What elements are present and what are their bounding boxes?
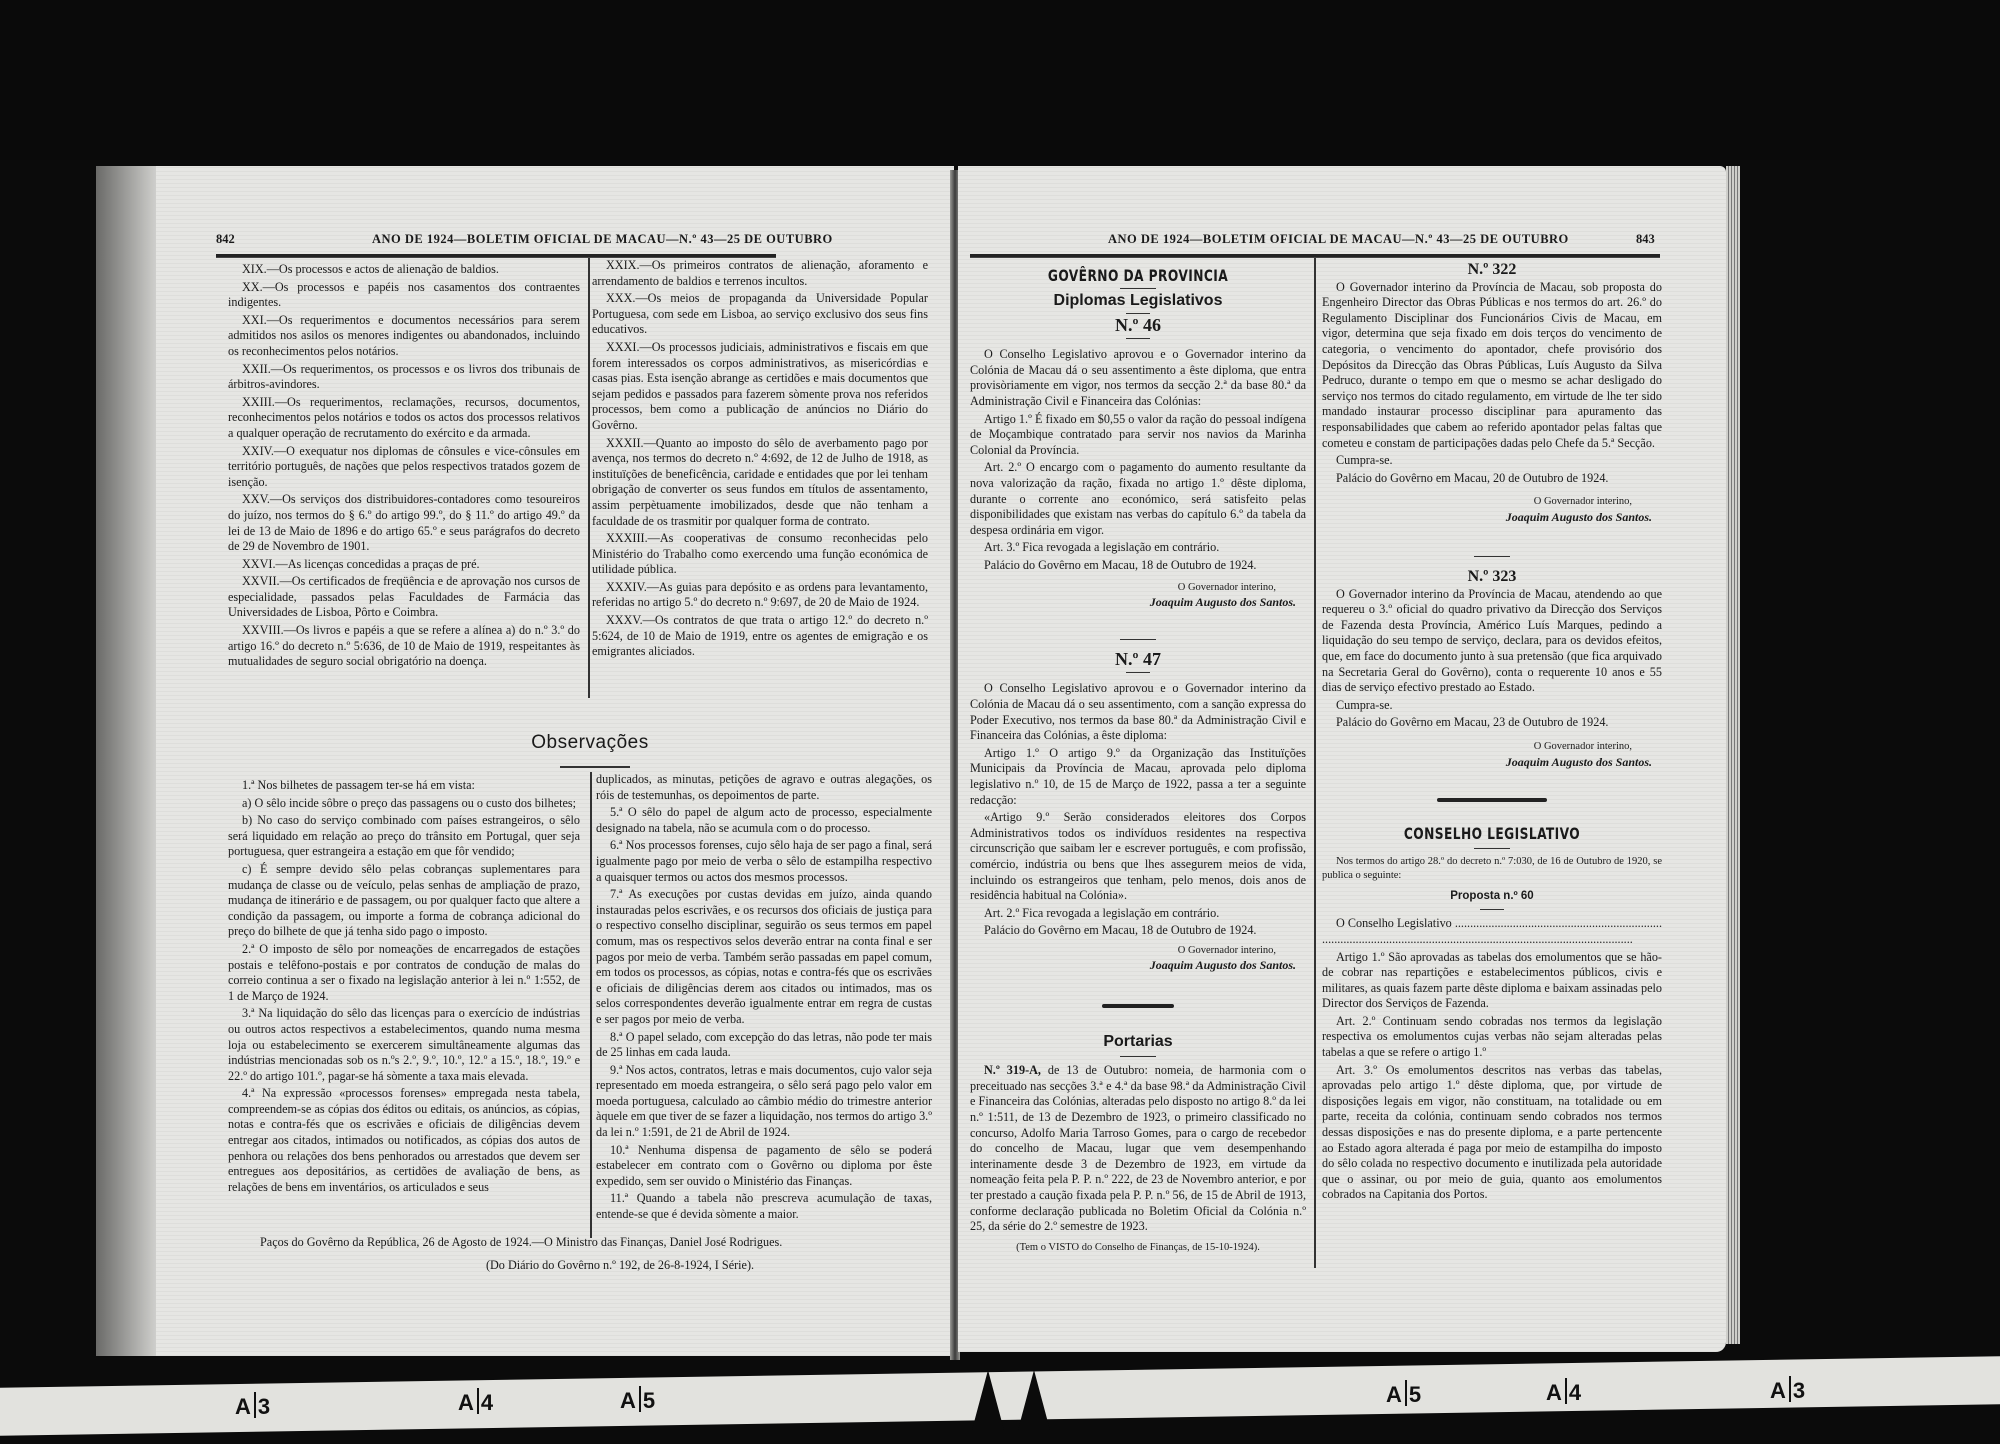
observation-item: 7.ª As execuções por custas devidas em j… [596,887,932,1027]
divider [1474,848,1510,850]
observation-item: 3.ª Na liquidação do sêlo das licenças p… [228,1006,580,1084]
portaria-322-signer-title: O Governador interino, [1322,494,1662,510]
proposta-lead-text: O Conselho Legislativo [1336,916,1452,930]
exemption-item: XXVII.—Os certificados de freqüência e d… [228,574,580,621]
exemption-item: XXXI.—Os processos judiciais, administra… [592,340,928,434]
portaria-319a-text: de 13 de Outubro: nomeia, de harmonia co… [970,1063,1306,1233]
observation-item: 1.ª Nos bilhetes de passagem ter-se há e… [228,778,580,794]
diploma-paragraph: Art. 2.º Fica revogada a legislação em c… [970,906,1306,922]
observacoes-heading: Observações [480,732,700,754]
proposta-article: Artigo 1.º São aprovadas as tabelas dos … [1322,950,1662,1012]
frame-label: A5 [620,1386,656,1414]
divider [1120,639,1156,641]
frame-label: A3 [1770,1376,1806,1404]
center-notch-right [1018,1370,1050,1430]
exemption-item: XX.—Os processos e papéis nos casamentos… [228,280,580,311]
diploma-paragraph: Art. 2.º O encargo com o pagamento do au… [970,460,1306,538]
left-col2-list: XXIX.—Os primeiros contratos de alienaçã… [592,258,928,662]
diploma-paragraph: O Conselho Legislativo aprovou e o Gover… [970,347,1306,409]
observation-item: 2.ª O imposto de sêlo por nomeações de e… [228,942,580,1004]
proposta-article: Art. 2.º Continuam sendo cobradas nos te… [1322,1014,1662,1061]
exemption-item: XXXV.—Os contratos de que trata o artigo… [592,613,928,660]
observation-item: 11.ª Quando a tabela não prescreva acumu… [596,1191,932,1222]
exemption-item: XXII.—Os requerimentos, os processos e o… [228,362,580,393]
conselho-intro: Nos termos do artigo 28.º do decreto n.º… [1322,855,1662,883]
right-page-number: 843 [1636,232,1655,247]
exemption-item: XXXIV.—As guias para depósito e as orden… [592,580,928,611]
frame-label: A3 [235,1392,271,1420]
portaria-323-body: O Governador interino da Província de Ma… [1322,587,1662,731]
diploma-47-number: N.º 47 [970,652,1306,668]
diploma-paragraph: Artigo 1.º É fixado em $0,55 o valor da … [970,412,1306,459]
portaria-paragraph: Cumpra-se. [1322,698,1662,714]
portaria-paragraph: O Governador interino da Província de Ma… [1322,587,1662,696]
exemption-item: XXXIII.—As cooperativas de consumo recon… [592,531,928,578]
right-page-edges [1726,166,1740,1344]
exemption-item: XXX.—Os meios de propaganda da Universid… [592,291,928,338]
diplomas-heading: Diplomas Legislativos [970,293,1306,309]
left-col1-list: XIX.—Os processos e actos de alienação d… [228,262,580,672]
left-closing-line: Paços do Govêrno da República, 26 de Ago… [260,1235,920,1251]
dotted-line: ........................................… [1322,932,1662,948]
diploma-46-body: O Conselho Legislativo aprovou e o Gover… [970,347,1306,573]
diploma-paragraph: «Artigo 9.º Serão considerados eleitores… [970,810,1306,904]
proposta-lead: O Conselho Legislativo .................… [1322,916,1662,932]
portaria-319a-visto: (Tem o VISTO do Conselho de Finanças, de… [970,1241,1306,1255]
observation-item: 10.ª Nenhuma dispensa de pagamento de sê… [596,1143,932,1190]
observation-item: 8.ª O papel selado, com excepção do das … [596,1030,932,1061]
right-running-head: ANO DE 1924—BOLETIM OFICIAL DE MACAU—N.º… [1108,232,1569,250]
diploma-46-number: N.º 46 [970,318,1306,334]
observation-item: duplicados, as minutas, petições de agra… [596,772,932,803]
diploma-47-signer-name: Joaquim Augusto dos Santos. [970,958,1306,974]
exemption-item: XXIV.—O exequatur nos diplomas de cônsul… [228,444,580,491]
scan-background [0,0,2000,160]
center-notch-left [972,1370,1004,1430]
exemption-item: XXV.—Os serviços dos distribuidores-cont… [228,492,580,554]
diploma-46-signer-name: Joaquim Augusto dos Santos. [970,595,1306,611]
observation-item: 6.ª Nos processos forenses, cujo sêlo ha… [596,838,932,885]
diploma-paragraph: O Conselho Legislativo aprovou e o Gover… [970,681,1306,743]
diploma-47-signer-title: O Governador interino, [970,943,1306,959]
diploma-47-body: O Conselho Legislativo aprovou e o Gover… [970,681,1306,939]
exemption-item: XXXII.—Quanto ao imposto do sêlo de aver… [592,436,928,530]
frame-label: A4 [1546,1378,1582,1406]
section-divider [1102,1004,1174,1008]
divider [1120,288,1156,290]
portarias-heading: Portarias [970,1034,1306,1050]
divider [1480,909,1504,911]
left-page-curl-shadow [96,166,156,1356]
portaria-322-signer-name: Joaquim Augusto dos Santos. [1322,510,1662,526]
divider [1474,556,1510,558]
proposta-title: Proposta n.º 60 [1322,889,1662,905]
observation-item: 5.ª O sêlo do papel de algum acto de pro… [596,805,932,836]
exemption-item: XXIX.—Os primeiros contratos de alienaçã… [592,258,928,289]
left-page-number: 842 [216,232,235,247]
portaria-paragraph: Palácio do Govêrno em Macau, 23 de Outub… [1322,715,1662,731]
portaria-323-number: N.º 323 [1322,569,1662,585]
diploma-paragraph: Palácio do Govêrno em Macau, 18 de Outub… [970,558,1306,574]
observation-item: 4.ª Na expressão «processos forenses» em… [228,1086,580,1195]
govêrno-heading: GOVÊRNO DA PROVINCIA [995,268,1281,284]
left-column-divider [588,258,590,698]
right-col1: GOVÊRNO DA PROVINCIA Diplomas Legislativ… [970,264,1306,1255]
observacoes-col1: 1.ª Nos bilhetes de passagem ter-se há e… [228,778,580,1197]
divider [1120,1056,1156,1058]
portaria-322-body: O Governador interino da Província de Ma… [1322,280,1662,487]
observacoes-column-divider [590,772,592,1238]
diploma-paragraph: Palácio do Govêrno em Macau, 18 de Outub… [970,923,1306,939]
portaria-323-signer-name: Joaquim Augusto dos Santos. [1322,755,1662,771]
exemption-item: XIX.—Os processos e actos de alienação d… [228,262,580,278]
exemption-item: XXI.—Os requerimentos e documentos neces… [228,313,580,360]
exemption-item: XXVIII.—Os livros e papéis a que se refe… [228,623,580,670]
exemption-item: XXIII.—Os requerimentos, reclamações, re… [228,395,580,442]
diploma-46-signer-title: O Governador interino, [970,580,1306,596]
left-running-head: ANO DE 1924—BOLETIM OFICIAL DE MACAU—N.º… [372,232,833,250]
exemption-item: XXVI.—As licenças concedidas a praças de… [228,557,580,573]
proposta-articles: Artigo 1.º São aprovadas as tabelas dos … [1322,950,1662,1204]
portaria-322-number: N.º 322 [1322,262,1662,278]
section-divider [1437,798,1547,802]
diploma-paragraph: Artigo 1.º O artigo 9.º da Organização d… [970,746,1306,808]
observation-item: 9.ª Nos actos, contratos, letras e mais … [596,1063,932,1141]
right-col2: N.º 322 O Governador interino da Provínc… [1322,262,1662,1205]
divider [1126,338,1150,340]
observation-item: b) No caso do serviço combinado com país… [228,813,580,860]
portaria-paragraph: Palácio do Govêrno em Macau, 20 de Outub… [1322,471,1662,487]
right-column-divider [1314,258,1316,1268]
divider [1126,313,1150,315]
frame-label: A5 [1386,1380,1422,1408]
portaria-paragraph: O Governador interino da Província de Ma… [1322,280,1662,452]
observacoes-rule [560,766,630,768]
frame-label: A4 [458,1388,494,1416]
diploma-paragraph: Art. 3.º Fica revogada a legislação em c… [970,540,1306,556]
left-source-note: (Do Diário do Govêrno n.º 192, de 26-8-1… [420,1258,820,1274]
conselho-legislativo-heading: CONSELHO LEGISLATIVO [1348,826,1637,842]
portaria-319a: N.º 319-A, de 13 de Outubro: nomeia, de … [970,1063,1306,1235]
divider [1126,672,1150,674]
observacoes-col2: duplicados, as minutas, petições de agra… [596,772,932,1225]
observation-item: a) O sêlo incide sôbre o preço das passa… [228,796,580,812]
proposta-article: Art. 3.º Os emolumentos descritos nas ve… [1322,1063,1662,1203]
portaria-323-signer-title: O Governador interino, [1322,739,1662,755]
observation-item: c) É sempre devido sêlo pelas cobranças … [228,862,580,940]
portaria-319a-number: N.º 319-A, [984,1063,1041,1077]
portaria-paragraph: Cumpra-se. [1322,453,1662,469]
